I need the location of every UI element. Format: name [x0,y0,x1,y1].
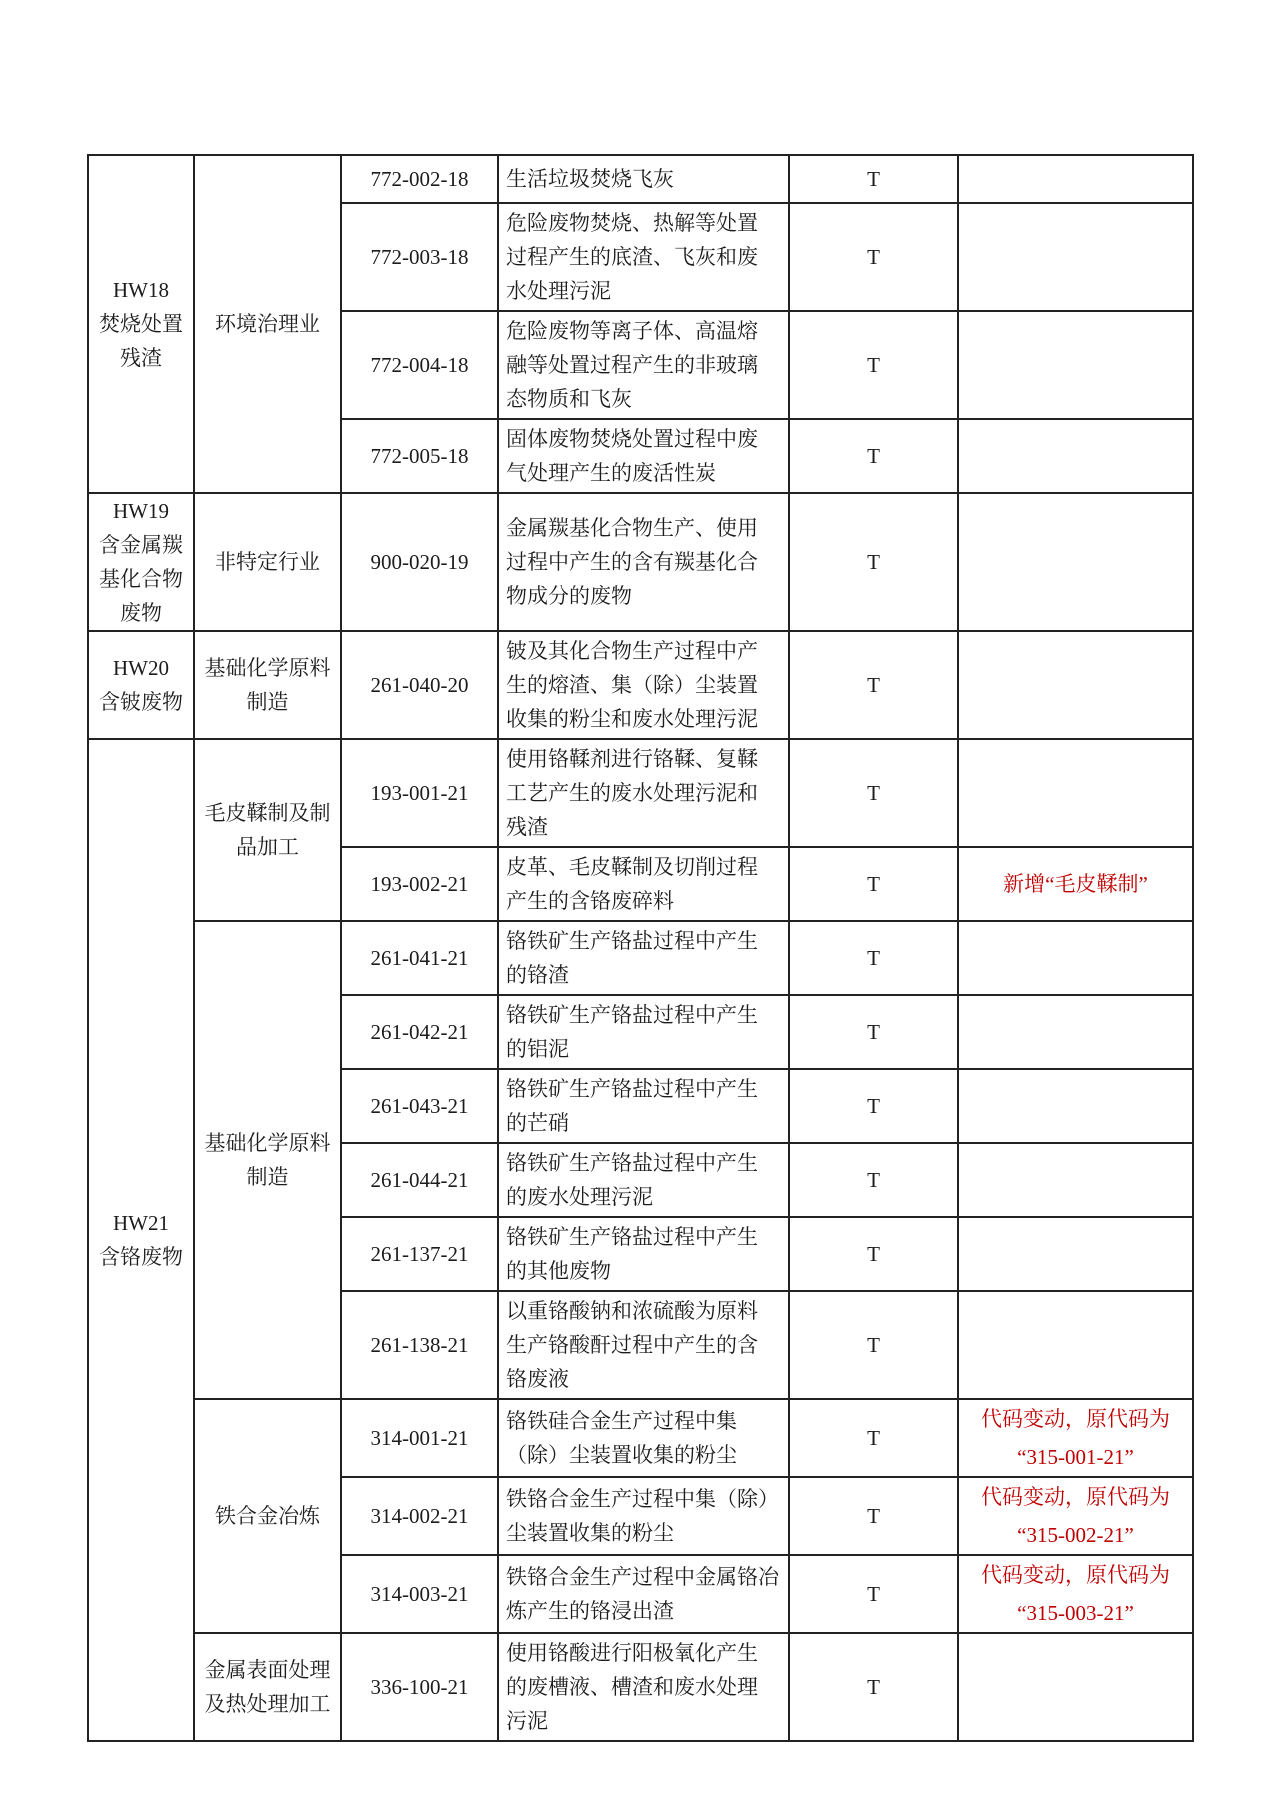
hazardous-waste-table: HW18 焚烧处置 残渣 环境治理业 772-002-18 生活垃圾焚烧飞灰 T… [87,154,1194,1742]
waste-code-cell: 772-005-18 [341,419,498,493]
note-cell [958,1291,1193,1399]
waste-description-cell: 铁铬合金生产过程中集（除） 尘装置收集的粉尘 [498,1477,789,1555]
waste-description-cell: 铬铁矿生产铬盐过程中产生 的其他废物 [498,1217,789,1291]
hazard-property-cell: T [789,847,958,921]
hazard-property-cell: T [789,311,958,419]
waste-description-cell: 生活垃圾焚烧飞灰 [498,155,789,203]
table-row: HW19 含金属羰 基化合物 废物 非特定行业 900-020-19 金属羰基化… [88,493,1193,631]
hazard-property-cell: T [789,995,958,1069]
industry-cell: 金属表面处理 及热处理加工 [194,1633,341,1741]
waste-description-cell: 金属羰基化合物生产、使用 过程中产生的含有羰基化合 物成分的废物 [498,493,789,631]
waste-code-cell: 772-003-18 [341,203,498,311]
document-page: HW18 焚烧处置 残渣 环境治理业 772-002-18 生活垃圾焚烧飞灰 T… [0,0,1280,1810]
waste-code-cell: 772-004-18 [341,311,498,419]
note-cell [958,995,1193,1069]
note-cell: 代码变动，原代码为 “315-003-21” [958,1555,1193,1633]
note-cell [958,1633,1193,1741]
industry-cell: 基础化学原料 制造 [194,921,341,1399]
hazard-property-cell: T [789,155,958,203]
hazard-property-cell: T [789,1633,958,1741]
note-cell [958,739,1193,847]
waste-code-cell: 261-041-21 [341,921,498,995]
waste-code-cell: 261-137-21 [341,1217,498,1291]
note-cell [958,311,1193,419]
note-cell [958,1069,1193,1143]
waste-category-cell: HW20 含铍废物 [88,631,194,739]
note-cell [958,631,1193,739]
waste-code-cell: 261-042-21 [341,995,498,1069]
note-cell [958,203,1193,311]
table-row: 金属表面处理 及热处理加工 336-100-21 使用铬酸进行阳极氧化产生 的废… [88,1633,1193,1741]
waste-description-cell: 危险废物焚烧、热解等处置 过程产生的底渣、飞灰和废 水处理污泥 [498,203,789,311]
table-row: HW20 含铍废物 基础化学原料 制造 261-040-20 铍及其化合物生产过… [88,631,1193,739]
hazard-property-cell: T [789,1555,958,1633]
note-cell [958,155,1193,203]
industry-cell: 环境治理业 [194,155,341,493]
note-cell [958,1143,1193,1217]
waste-code-cell: 261-138-21 [341,1291,498,1399]
hazard-property-cell: T [789,1291,958,1399]
waste-description-cell: 铬铁硅合金生产过程中集 （除）尘装置收集的粉尘 [498,1399,789,1477]
hazard-property-cell: T [789,493,958,631]
waste-code-cell: 900-020-19 [341,493,498,631]
waste-description-cell: 铬铁矿生产铬盐过程中产生 的铝泥 [498,995,789,1069]
hazard-property-cell: T [789,1399,958,1477]
hazard-property-cell: T [789,419,958,493]
note-cell [958,921,1193,995]
waste-code-cell: 336-100-21 [341,1633,498,1741]
hazard-property-cell: T [789,1477,958,1555]
waste-description-cell: 使用铬鞣剂进行铬鞣、复鞣 工艺产生的废水处理污泥和 残渣 [498,739,789,847]
hazard-property-cell: T [789,1143,958,1217]
hazard-property-cell: T [789,739,958,847]
waste-description-cell: 铬铁矿生产铬盐过程中产生 的芒硝 [498,1069,789,1143]
industry-cell: 毛皮鞣制及制 品加工 [194,739,341,921]
hazard-property-cell: T [789,921,958,995]
industry-cell: 非特定行业 [194,493,341,631]
waste-description-cell: 固体废物焚烧处置过程中废 气处理产生的废活性炭 [498,419,789,493]
waste-code-cell: 193-002-21 [341,847,498,921]
waste-description-cell: 危险废物等离子体、高温熔 融等处置过程产生的非玻璃 态物质和飞灰 [498,311,789,419]
waste-description-cell: 铁铬合金生产过程中金属铬冶 炼产生的铬浸出渣 [498,1555,789,1633]
waste-code-cell: 314-001-21 [341,1399,498,1477]
waste-code-cell: 261-044-21 [341,1143,498,1217]
hazard-property-cell: T [789,1217,958,1291]
hazard-property-cell: T [789,631,958,739]
waste-description-cell: 皮革、毛皮鞣制及切削过程 产生的含铬废碎料 [498,847,789,921]
waste-code-cell: 772-002-18 [341,155,498,203]
waste-code-cell: 261-040-20 [341,631,498,739]
hazard-property-cell: T [789,1069,958,1143]
note-cell: 新增“毛皮鞣制” [958,847,1193,921]
waste-code-cell: 193-001-21 [341,739,498,847]
waste-category-cell: HW18 焚烧处置 残渣 [88,155,194,493]
waste-description-cell: 以重铬酸钠和浓硫酸为原料 生产铬酸酐过程中产生的含 铬废液 [498,1291,789,1399]
note-cell [958,1217,1193,1291]
waste-description-cell: 铬铁矿生产铬盐过程中产生 的废水处理污泥 [498,1143,789,1217]
table-row: 基础化学原料 制造 261-041-21 铬铁矿生产铬盐过程中产生 的铬渣 T [88,921,1193,995]
waste-code-cell: 261-043-21 [341,1069,498,1143]
note-cell: 代码变动，原代码为 “315-001-21” [958,1399,1193,1477]
waste-description-cell: 使用铬酸进行阳极氧化产生 的废槽液、槽渣和废水处理 污泥 [498,1633,789,1741]
industry-cell: 基础化学原料 制造 [194,631,341,739]
hazard-property-cell: T [789,203,958,311]
table-row: HW21 含铬废物 毛皮鞣制及制 品加工 193-001-21 使用铬鞣剂进行铬… [88,739,1193,847]
waste-category-cell: HW21 含铬废物 [88,739,194,1741]
waste-category-cell: HW19 含金属羰 基化合物 废物 [88,493,194,631]
waste-description-cell: 铍及其化合物生产过程中产 生的熔渣、集（除）尘装置 收集的粉尘和废水处理污泥 [498,631,789,739]
waste-code-cell: 314-003-21 [341,1555,498,1633]
note-cell [958,419,1193,493]
note-cell: 代码变动，原代码为 “315-002-21” [958,1477,1193,1555]
note-cell [958,493,1193,631]
industry-cell: 铁合金冶炼 [194,1399,341,1633]
table-row: HW18 焚烧处置 残渣 环境治理业 772-002-18 生活垃圾焚烧飞灰 T [88,155,1193,203]
waste-code-cell: 314-002-21 [341,1477,498,1555]
table-row: 铁合金冶炼 314-001-21 铬铁硅合金生产过程中集 （除）尘装置收集的粉尘… [88,1399,1193,1477]
waste-description-cell: 铬铁矿生产铬盐过程中产生 的铬渣 [498,921,789,995]
